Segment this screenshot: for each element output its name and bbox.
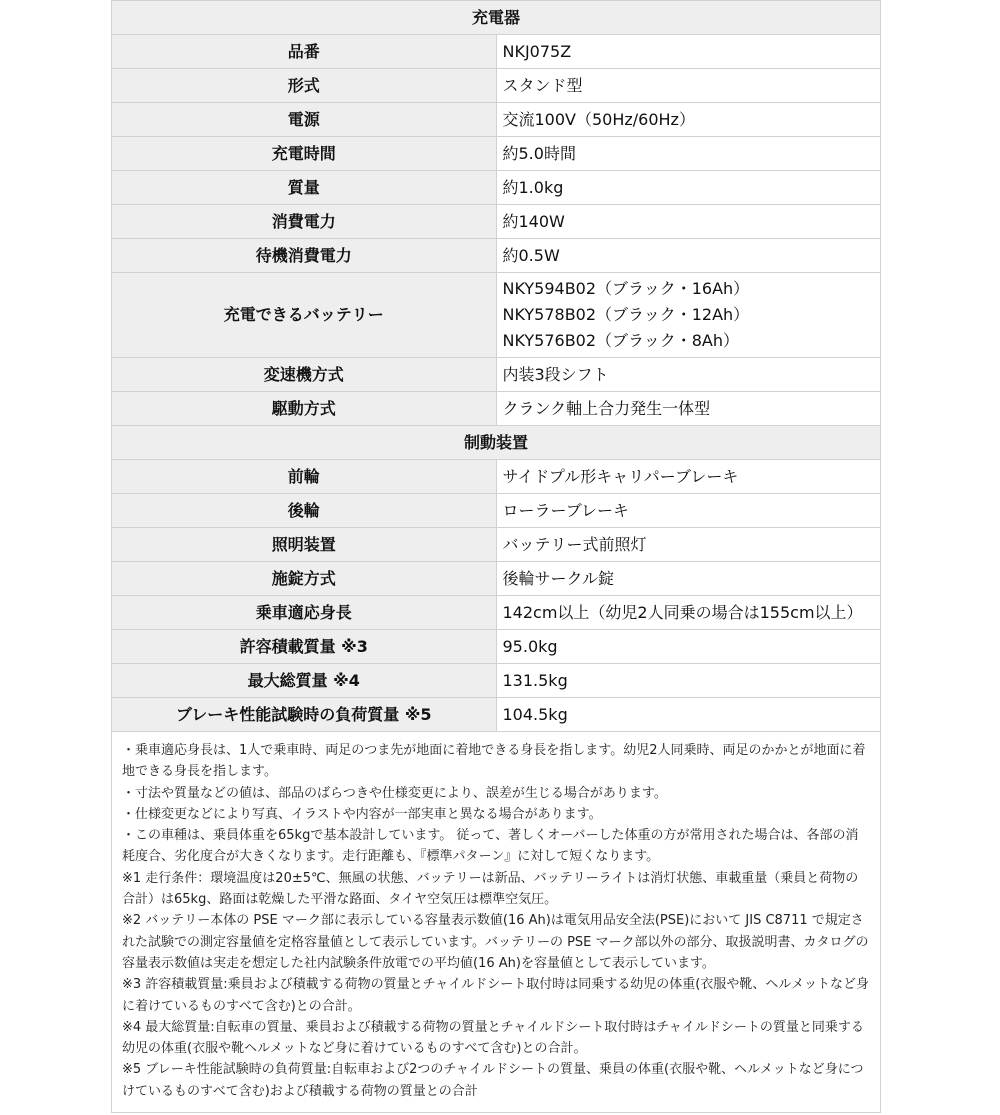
spec-table: 充電器品番NKJ075Z形式スタンド型電源交流100V（50Hz/60Hz）充電… xyxy=(111,0,881,732)
spec-value-line: 95.0kg xyxy=(503,634,875,660)
spec-value: 約0.5W xyxy=(496,239,881,273)
spec-value-line: クランク軸上合力発生一体型 xyxy=(503,396,875,422)
spec-label: 前輪 xyxy=(112,460,497,494)
note-item: ・仕様変更などにより写真、イラストや内容が一部実車と異なる場合があります。 xyxy=(122,804,870,825)
spec-value-line: 内装3段シフト xyxy=(503,362,875,388)
spec-value-line: 104.5kg xyxy=(503,702,875,728)
spec-value: 104.5kg xyxy=(496,698,881,732)
section-header-row: 制動装置 xyxy=(112,426,881,460)
note-item: ※4 最大総質量:自転車の質量、乗員および積載する荷物の質量とチャイルドシート取… xyxy=(122,1017,870,1060)
spec-label: 施錠方式 xyxy=(112,562,497,596)
spec-value: NKJ075Z xyxy=(496,35,881,69)
spec-value-line: NKY578B02（ブラック・12Ah） xyxy=(503,302,875,328)
spec-value: バッテリー式前照灯 xyxy=(496,528,881,562)
spec-label: ブレーキ性能試験時の負荷質量 ※5 xyxy=(112,698,497,732)
spec-value-line: サイドプル形キャリパーブレーキ xyxy=(503,464,875,490)
spec-value-line: NKJ075Z xyxy=(503,39,875,65)
spec-value-line: 142cm以上（幼児2人同乗の場合は155cm以上） xyxy=(503,600,875,626)
spec-row: 施錠方式後輪サークル錠 xyxy=(112,562,881,596)
note-item: ・寸法や質量などの値は、部品のばらつきや仕様変更により、誤差が生じる場合がありま… xyxy=(122,783,870,804)
spec-label: 許容積載質量 ※3 xyxy=(112,630,497,664)
spec-value: スタンド型 xyxy=(496,69,881,103)
spec-row: 充電できるバッテリーNKY594B02（ブラック・16Ah）NKY578B02（… xyxy=(112,273,881,358)
spec-value: 約1.0kg xyxy=(496,171,881,205)
spec-label: 最大総質量 ※4 xyxy=(112,664,497,698)
spec-label: 品番 xyxy=(112,35,497,69)
spec-row: 質量約1.0kg xyxy=(112,171,881,205)
spec-label: 充電時間 xyxy=(112,137,497,171)
spec-row: 充電時間約5.0時間 xyxy=(112,137,881,171)
spec-value: 95.0kg xyxy=(496,630,881,664)
note-item: ※5 ブレーキ性能試験時の負荷質量:自転車および2つのチャイルドシートの質量、乗… xyxy=(122,1059,870,1102)
spec-row: 照明装置バッテリー式前照灯 xyxy=(112,528,881,562)
spec-row: 形式スタンド型 xyxy=(112,69,881,103)
section-header-row: 充電器 xyxy=(112,1,881,35)
spec-label: 後輪 xyxy=(112,494,497,528)
spec-row: 電源交流100V（50Hz/60Hz） xyxy=(112,103,881,137)
spec-value: 142cm以上（幼児2人同乗の場合は155cm以上） xyxy=(496,596,881,630)
spec-label: 照明装置 xyxy=(112,528,497,562)
spec-value-line: 後輪サークル錠 xyxy=(503,566,875,592)
spec-row: 駆動方式クランク軸上合力発生一体型 xyxy=(112,392,881,426)
spec-label: 待機消費電力 xyxy=(112,239,497,273)
spec-value: 交流100V（50Hz/60Hz） xyxy=(496,103,881,137)
section-title: 制動装置 xyxy=(112,426,881,460)
spec-value: 約5.0時間 xyxy=(496,137,881,171)
spec-value-line: 約5.0時間 xyxy=(503,141,875,167)
spec-label: 形式 xyxy=(112,69,497,103)
spec-row: 変速機方式内装3段シフト xyxy=(112,358,881,392)
spec-value: ローラーブレーキ xyxy=(496,494,881,528)
section-title: 充電器 xyxy=(112,1,881,35)
spec-label: 消費電力 xyxy=(112,205,497,239)
spec-label: 乗車適応身長 xyxy=(112,596,497,630)
spec-value: クランク軸上合力発生一体型 xyxy=(496,392,881,426)
spec-value: 約140W xyxy=(496,205,881,239)
spec-value: 後輪サークル錠 xyxy=(496,562,881,596)
spec-row: 待機消費電力約0.5W xyxy=(112,239,881,273)
spec-value-line: ローラーブレーキ xyxy=(503,498,875,524)
spec-value-line: 131.5kg xyxy=(503,668,875,694)
spec-value: 131.5kg xyxy=(496,664,881,698)
spec-sheet: 充電器品番NKJ075Z形式スタンド型電源交流100V（50Hz/60Hz）充電… xyxy=(111,0,881,1113)
notes-box: ・乗車適応身長は、1人で乗車時、両足のつま先が地面に着地できる身長を指します。幼… xyxy=(111,732,881,1113)
note-item: ※3 許容積載質量:乗員および積載する荷物の質量とチャイルドシート取付時は同乗す… xyxy=(122,974,870,1017)
spec-row: 品番NKJ075Z xyxy=(112,35,881,69)
note-item: ・この車種は、乗員体重を65kgで基本設計しています。 従って、著しくオーバーし… xyxy=(122,825,870,868)
spec-row: ブレーキ性能試験時の負荷質量 ※5104.5kg xyxy=(112,698,881,732)
spec-value-line: スタンド型 xyxy=(503,73,875,99)
spec-row: 消費電力約140W xyxy=(112,205,881,239)
spec-value-line: バッテリー式前照灯 xyxy=(503,532,875,558)
spec-value-line: NKY594B02（ブラック・16Ah） xyxy=(503,276,875,302)
spec-label: 電源 xyxy=(112,103,497,137)
spec-row: 最大総質量 ※4131.5kg xyxy=(112,664,881,698)
note-item: ※1 走行条件：環境温度は20±5℃、無風の状態、バッテリーは新品、バッテリーラ… xyxy=(122,868,870,911)
spec-value: サイドプル形キャリパーブレーキ xyxy=(496,460,881,494)
spec-row: 許容積載質量 ※395.0kg xyxy=(112,630,881,664)
spec-value-line: 交流100V（50Hz/60Hz） xyxy=(503,107,875,133)
spec-row: 後輪ローラーブレーキ xyxy=(112,494,881,528)
spec-value-line: 約140W xyxy=(503,209,875,235)
spec-label: 質量 xyxy=(112,171,497,205)
spec-label: 変速機方式 xyxy=(112,358,497,392)
spec-label: 駆動方式 xyxy=(112,392,497,426)
note-item: ※2 バッテリー本体の PSE マーク部に表示している容量表示数値(16 Ah)… xyxy=(122,910,870,974)
spec-value: NKY594B02（ブラック・16Ah）NKY578B02（ブラック・12Ah）… xyxy=(496,273,881,358)
spec-value: 内装3段シフト xyxy=(496,358,881,392)
spec-value-line: 約1.0kg xyxy=(503,175,875,201)
spec-row: 乗車適応身長142cm以上（幼児2人同乗の場合は155cm以上） xyxy=(112,596,881,630)
spec-value-line: 約0.5W xyxy=(503,243,875,269)
spec-row: 前輪サイドプル形キャリパーブレーキ xyxy=(112,460,881,494)
spec-value-line: NKY576B02（ブラック・8Ah） xyxy=(503,328,875,354)
note-item: ・乗車適応身長は、1人で乗車時、両足のつま先が地面に着地できる身長を指します。幼… xyxy=(122,740,870,783)
spec-label: 充電できるバッテリー xyxy=(112,273,497,358)
